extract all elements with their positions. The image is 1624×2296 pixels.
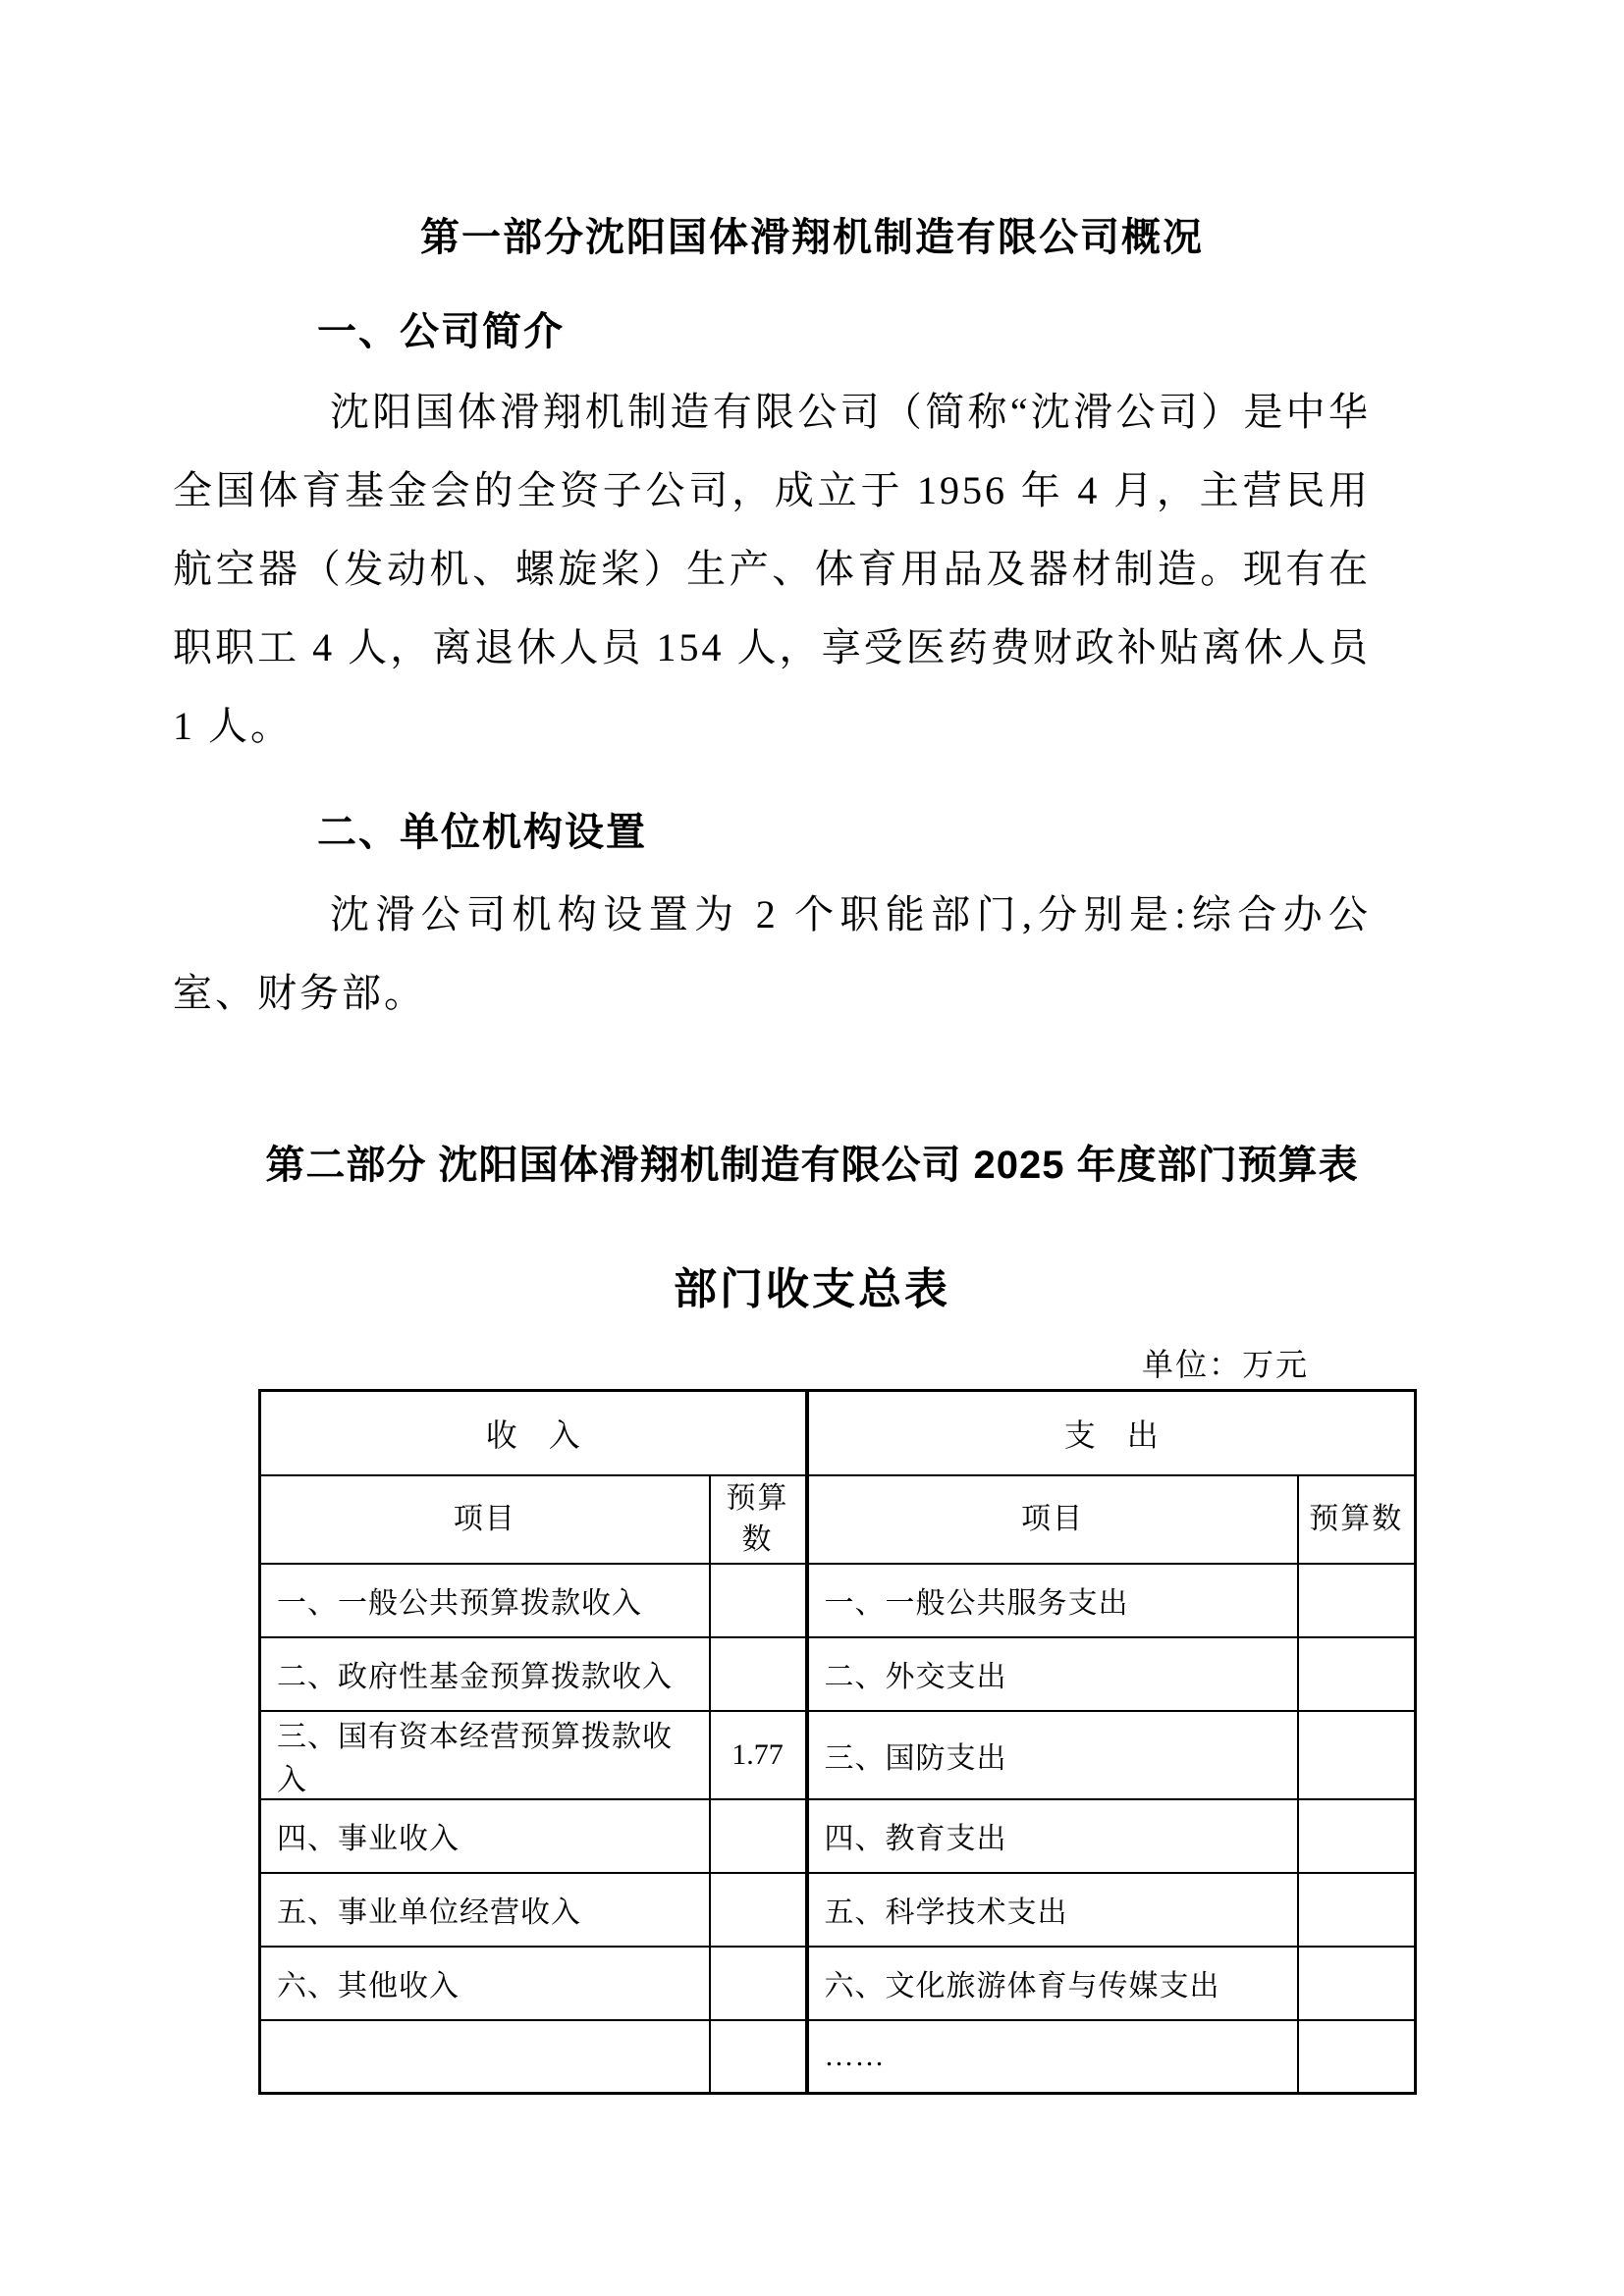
expense-budget-header: 预算数 — [1298, 1475, 1416, 1564]
table-column-header-row: 项目 预算数 项目 预算数 — [260, 1475, 1416, 1564]
income-budget-cell: 1.77 — [710, 1711, 807, 1799]
document-page: 第一部分沈阳国体滑翔机制造有限公司概况 一、公司简介 沈阳国体滑翔机制造有限公司… — [0, 0, 1624, 2296]
income-item-cell: 二、政府性基金预算拨款收入 — [260, 1637, 710, 1711]
unit-label: 单位：万元 — [1014, 1343, 1309, 1386]
expense-item-cell: 一、一般公共服务支出 — [807, 1564, 1298, 1637]
income-budget-cell — [710, 1947, 807, 2020]
table-row: 六、其他收入 六、文化旅游体育与传媒支出 — [260, 1947, 1416, 2020]
table-row: 三、国有资本经营预算拨款收入 1.77 三、国防支出 — [260, 1711, 1416, 1799]
income-budget-header: 预算数 — [710, 1475, 807, 1564]
expense-budget-cell — [1298, 1947, 1416, 2020]
expense-item-cell: 六、文化旅游体育与传媒支出 — [807, 1947, 1298, 2020]
income-group-header: 收 入 — [260, 1391, 807, 1475]
income-item-cell: 六、其他收入 — [260, 1947, 710, 2020]
income-item-cell: 四、事业收入 — [260, 1799, 710, 1873]
company-intro-paragraph: 沈阳国体滑翔机制造有限公司（简称“沈滑公司）是中华全国体育基金会的全资子公司，成… — [173, 373, 1371, 766]
expense-item-cell: 三、国防支出 — [807, 1711, 1298, 1799]
expense-item-cell: …… — [807, 2020, 1298, 2094]
section1-heading: 一、公司简介 — [317, 293, 565, 371]
budget-table-title: 部门收支总表 — [0, 1249, 1624, 1331]
org-structure-paragraph: 沈滑公司机构设置为 2 个职能部门,分别是:综合办公室、财务部。 — [173, 876, 1371, 1033]
income-budget-cell — [710, 1637, 807, 1711]
income-item-header: 项目 — [260, 1475, 710, 1564]
income-budget-cell — [710, 2020, 807, 2094]
income-item-cell — [260, 2020, 710, 2094]
expense-item-cell: 二、外交支出 — [807, 1637, 1298, 1711]
budget-table: 收 入 支 出 项目 预算数 项目 预算数 一、一般公共预算拨款收入 一、一般公… — [258, 1389, 1417, 2095]
income-item-cell: 一、一般公共预算拨款收入 — [260, 1564, 710, 1637]
expense-budget-cell — [1298, 1711, 1416, 1799]
income-budget-cell — [710, 1799, 807, 1873]
expense-item-cell: 五、科学技术支出 — [807, 1873, 1298, 1947]
expense-budget-cell — [1298, 1873, 1416, 1947]
income-budget-cell — [710, 1873, 807, 1947]
expense-budget-cell — [1298, 1637, 1416, 1711]
table-row: 一、一般公共预算拨款收入 一、一般公共服务支出 — [260, 1564, 1416, 1637]
expense-item-header: 项目 — [807, 1475, 1298, 1564]
expense-item-cell: 四、教育支出 — [807, 1799, 1298, 1873]
table-row: 五、事业单位经营收入 五、科学技术支出 — [260, 1873, 1416, 1947]
table-row: 二、政府性基金预算拨款收入 二、外交支出 — [260, 1637, 1416, 1711]
income-item-cell: 五、事业单位经营收入 — [260, 1873, 710, 1947]
income-item-cell: 三、国有资本经营预算拨款收入 — [260, 1711, 710, 1799]
table-row: 四、事业收入 四、教育支出 — [260, 1799, 1416, 1873]
expense-budget-cell — [1298, 2020, 1416, 2094]
table-row: …… — [260, 2020, 1416, 2094]
expense-budget-cell — [1298, 1564, 1416, 1637]
table-group-header-row: 收 入 支 出 — [260, 1391, 1416, 1475]
income-budget-cell — [710, 1564, 807, 1637]
expense-budget-cell — [1298, 1799, 1416, 1873]
part2-title: 第二部分 沈阳国体滑翔机制造有限公司 2025 年度部门预算表 — [0, 1125, 1624, 1205]
expense-group-header: 支 出 — [807, 1391, 1416, 1475]
section2-heading: 二、单位机构设置 — [317, 793, 647, 872]
part1-title: 第一部分沈阳国体滑翔机制造有限公司概况 — [0, 198, 1624, 277]
